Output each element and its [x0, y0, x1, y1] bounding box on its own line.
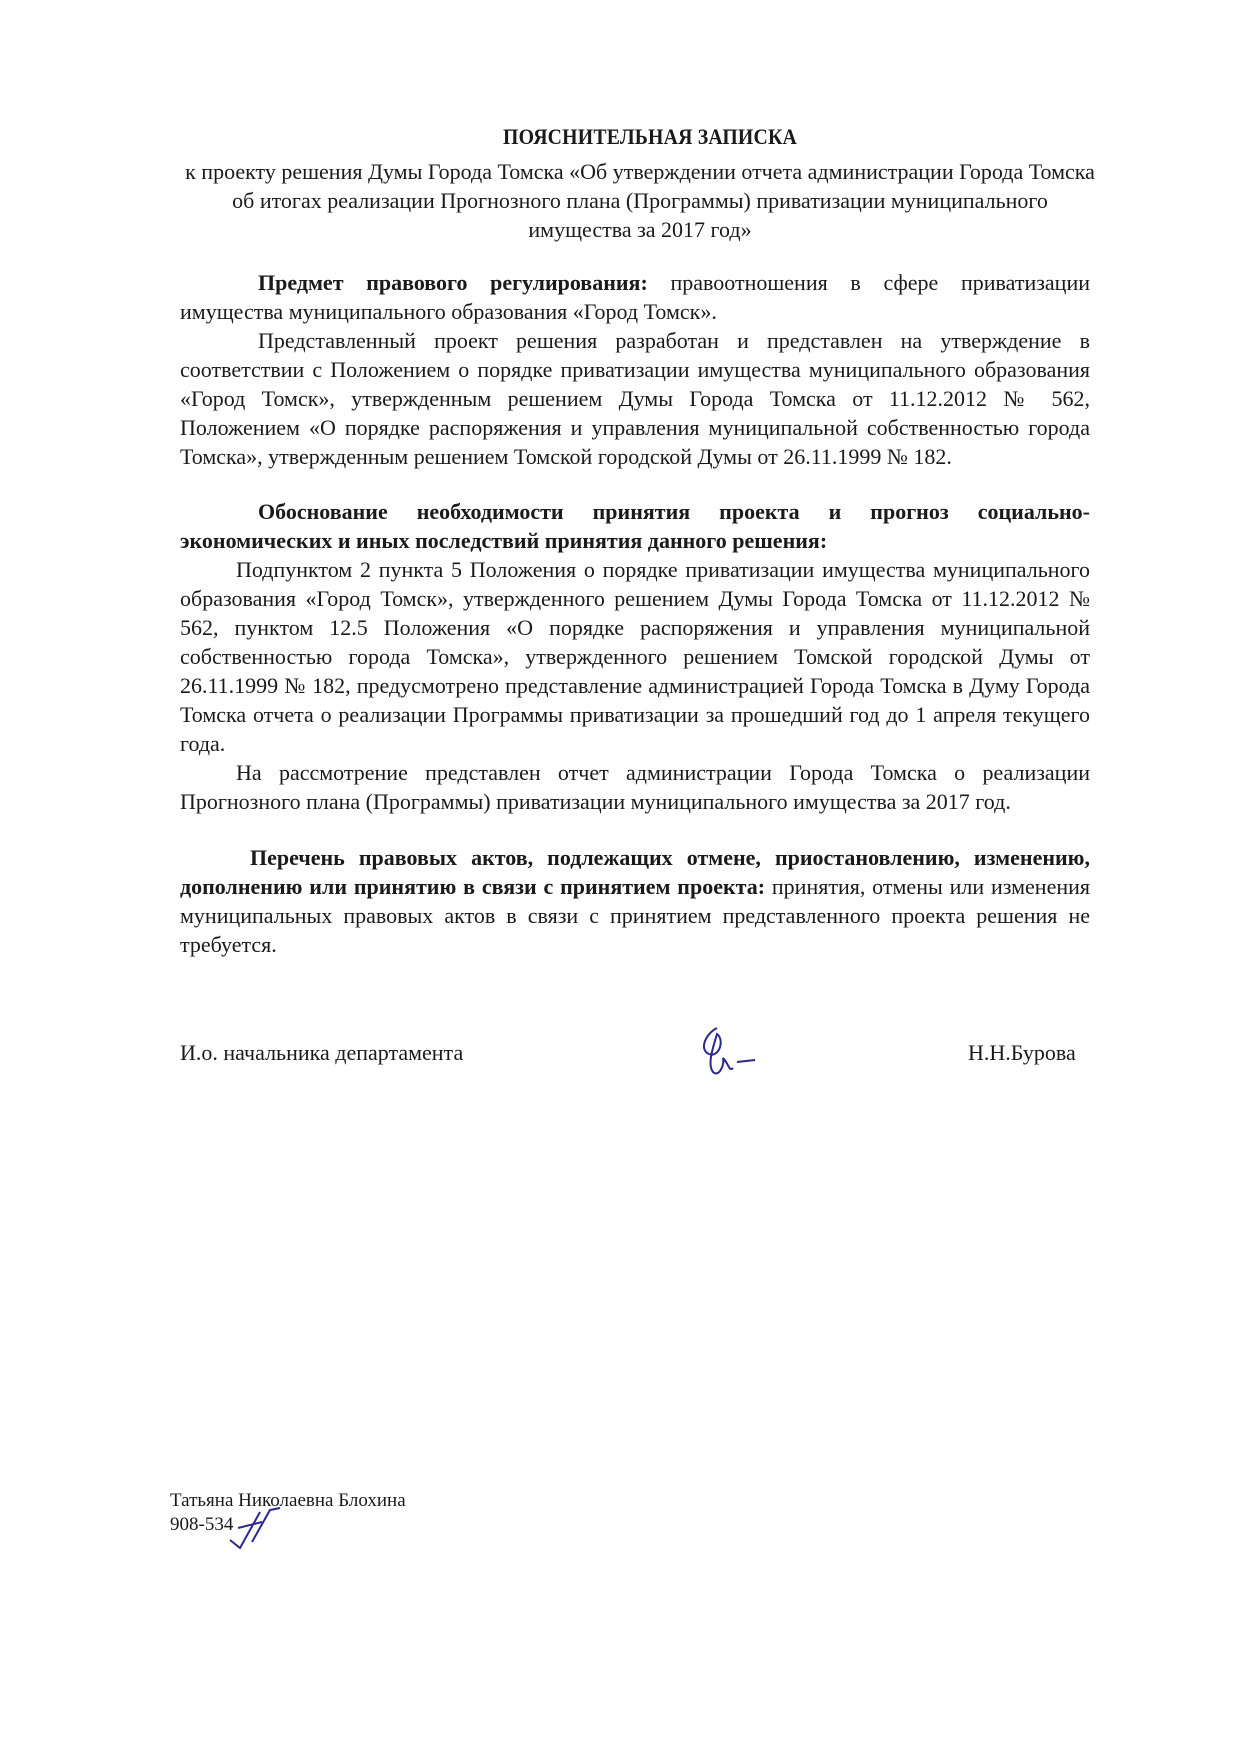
- handwritten-initials-icon: [222, 1500, 292, 1550]
- document-title: ПОЯСНИТЕЛЬНАЯ ЗАПИСКА: [227, 124, 1073, 150]
- paragraph-text: Представленный проект решения разработан…: [180, 328, 1090, 469]
- paragraph-justification-text: Подпунктом 2 пункта 5 Положения о порядк…: [180, 555, 1090, 758]
- paragraph-heading: Обоснование необходимости принятия проек…: [180, 499, 1090, 553]
- signatory-role: И.о. начальника департамента: [180, 1040, 463, 1066]
- paragraph-text: На рассмотрение представлен отчет админи…: [180, 760, 1090, 814]
- paragraph-legal-acts-list: Перечень правовых актов, подлежащих отме…: [180, 843, 1090, 959]
- document-page: ПОЯСНИТЕЛЬНАЯ ЗАПИСКА к проекту решения …: [0, 0, 1240, 1753]
- handwritten-signature-icon: [695, 1020, 775, 1090]
- paragraph-subject-of-regulation: Предмет правового регулирования: правоот…: [180, 268, 1090, 326]
- paragraph-legal-basis: Представленный проект решения разработан…: [180, 326, 1090, 471]
- paragraph-report-submitted: На рассмотрение представлен отчет админи…: [180, 758, 1090, 816]
- document-subtitle: к проекту решения Думы Города Томска «Об…: [180, 157, 1100, 244]
- signatory-name: Н.Н.Бурова: [968, 1040, 1076, 1066]
- paragraph-heading: Предмет правового регулирования:: [258, 270, 648, 295]
- paragraph-text: Подпунктом 2 пункта 5 Положения о порядк…: [180, 557, 1090, 756]
- paragraph-justification-heading: Обоснование необходимости принятия проек…: [180, 497, 1090, 555]
